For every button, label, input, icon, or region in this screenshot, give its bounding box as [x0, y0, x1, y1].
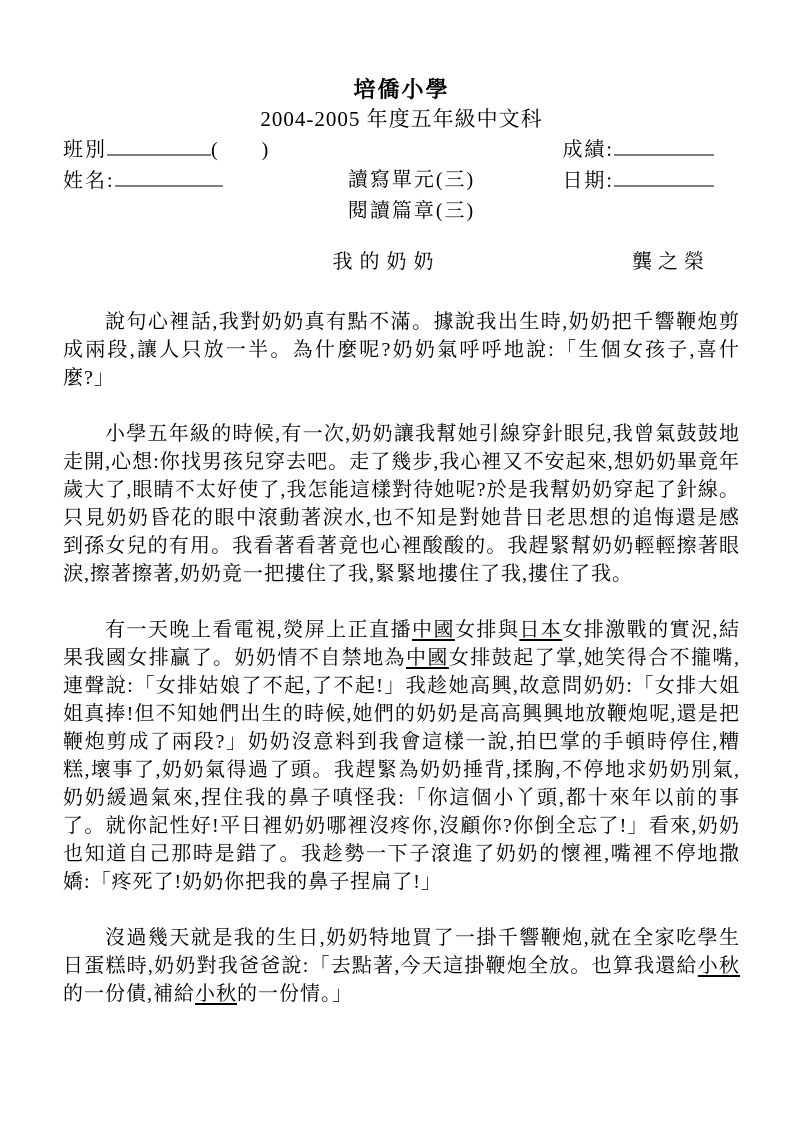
year-subject-line: 2004-2005 年度五年級中文科	[63, 104, 740, 134]
article-title: 我的奶奶	[333, 251, 441, 273]
text-run: 的一份債,補給	[63, 983, 195, 1005]
name-field: 姓名:	[63, 165, 328, 196]
article-paragraph: 小學五年級的時候,有一次,奶奶讓我幫她引線穿針眼兒,我曾氣鼓鼓地走開,心想:你找…	[63, 420, 740, 588]
text-run: 女排與	[455, 619, 519, 641]
text-run: 女排鼓起了掌,她笑得合不攏嘴,連聲說:「女排姑娘了不起,了不起!」我趁她高興,故…	[63, 647, 740, 893]
article-title-row: 我的奶奶 龔之榮	[63, 248, 740, 276]
unit-title: 讀寫單元(三)	[328, 165, 495, 196]
text-run: 說句心裡話,我對奶奶真有點不滿。據說我出生時,奶奶把千響鞭炮剪成兩段,讓人只放一…	[63, 311, 740, 389]
underlined-term: 小秋	[195, 983, 237, 1005]
score-field: 成績:	[495, 134, 740, 165]
text-run: 沒過幾天就是我的生日,奶奶特地買了一掛千響鞭炮,就在全家吃學生日蛋糕時,奶奶對我…	[63, 927, 740, 977]
class-field: 班別()	[63, 134, 328, 165]
date-blank-line	[614, 165, 714, 187]
class-paren-open: (	[211, 139, 220, 161]
score-label: 成績:	[562, 139, 614, 161]
header-row-name-unit-date: 姓名: 讀寫單元(三) 日期:	[63, 165, 740, 196]
underlined-term: 日本	[519, 619, 562, 641]
class-blank-line	[107, 134, 211, 156]
section-title: 閱讀篇章(三)	[328, 196, 495, 226]
score-blank-line	[614, 134, 714, 156]
article-author: 龔之榮	[632, 248, 710, 276]
date-field: 日期:	[495, 165, 740, 196]
header-row-section: 閱讀篇章(三)	[63, 196, 740, 226]
document-page: 培僑小學 2004-2005 年度五年級中文科 班別() 成績: 姓名: 讀寫單…	[0, 0, 800, 1132]
text-run: 小學五年級的時候,有一次,奶奶讓我幫她引線穿針眼兒,我曾氣鼓鼓地走開,心想:你找…	[63, 423, 740, 585]
header-row-class-score: 班別() 成績:	[63, 134, 740, 165]
article-paragraph: 有一天晚上看電視,熒屏上正直播中國女排與日本女排激戰的實況,結果我國女排贏了。奶…	[63, 616, 740, 896]
header-row1-middle	[328, 134, 495, 165]
school-name: 培僑小學	[63, 76, 740, 104]
date-label: 日期:	[562, 170, 614, 192]
article-body: 說句心裡話,我對奶奶真有點不滿。據說我出生時,奶奶把千響鞭炮剪成兩段,讓人只放一…	[63, 308, 740, 1008]
name-label: 姓名:	[63, 170, 115, 192]
article-paragraph: 沒過幾天就是我的生日,奶奶特地買了一掛千響鞭炮,就在全家吃學生日蛋糕時,奶奶對我…	[63, 924, 740, 1008]
underlined-term: 中國	[406, 647, 449, 669]
text-run: 有一天晚上看電視,熒屏上正直播	[105, 619, 412, 641]
name-blank-line	[115, 165, 223, 187]
underlined-term: 中國	[412, 619, 455, 641]
underlined-term: 小秋	[698, 955, 740, 977]
class-label: 班別	[63, 139, 107, 161]
text-run: 的一份情。」	[237, 983, 353, 1005]
article-paragraph: 說句心裡話,我對奶奶真有點不滿。據說我出生時,奶奶把千響鞭炮剪成兩段,讓人只放一…	[63, 308, 740, 392]
class-paren-close: )	[262, 139, 271, 161]
